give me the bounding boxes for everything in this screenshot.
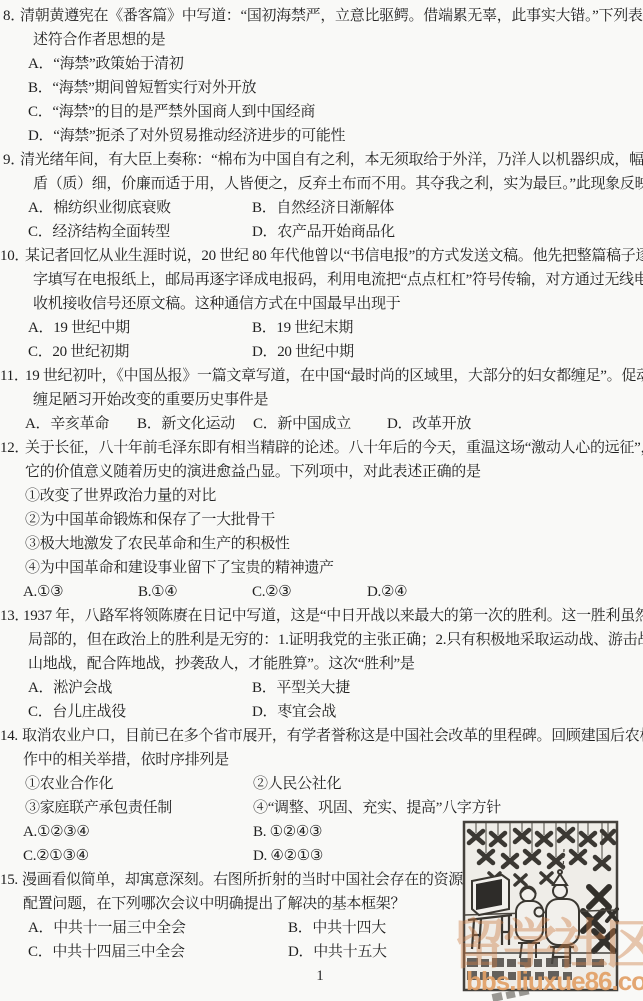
text-line: 它的价值意义随着历史的演进愈益凸显。下列项中，对此表述正确的是 xyxy=(0,461,643,485)
option-B: B. ①②④③ xyxy=(253,821,322,843)
list-item: ④“调整、巩固、充实、提高”八字方针 xyxy=(253,797,501,819)
text-line: ②为中国革命锻炼和保存了一大批骨干 xyxy=(0,509,643,533)
text-line: 局部的，但在政治上的胜利是无穷的：1.证明我党的主张正确；2.只有积极地采取运动… xyxy=(0,629,643,653)
question-number: 15. xyxy=(0,869,18,891)
option-C: C．20 世纪初期 xyxy=(28,341,129,363)
option-A: A．淞沪会战 xyxy=(28,677,112,699)
text-line: ③家庭联产承包责任制④“调整、巩固、充实、提高”八字方针 xyxy=(0,797,643,821)
option-C: C．经济结构全面转型 xyxy=(28,221,170,243)
option-A: A．“海禁”政策始于清初 xyxy=(28,53,184,75)
question-text: 19 世纪初叶，《中国丛报》一篇文章写道，在中国“最时尚的区域里，大部分的妇女都… xyxy=(25,365,643,387)
question-text: 字填写在电报纸上，邮局再逐字译成电报码，利用电流把“点点杠杠”符号传输，对方通过… xyxy=(33,269,643,291)
text-line: 收机接收信号还原文稿。这种通信方式在中国最早出现于 xyxy=(0,293,643,317)
question-text: 清朝黄遵宪在《番客篇》中写道：“国初海禁严，立意比驱鳄。借端累无辜，此事实大错。… xyxy=(20,5,643,27)
text-line: 9．清光绪年间，有大臣上奏称：“棉布为中国自有之利，本无须取给于外洋，乃洋人以机… xyxy=(0,149,643,173)
text-line: C．经济结构全面转型D．农产品开始商品化 xyxy=(0,221,643,245)
question-text: 取消农业户口，目前已在多个省市展开，有学者誉称这是中国社会改革的里程碑。回顾建国… xyxy=(22,725,643,747)
text-line: A．19 世纪中期B．19 世纪末期 xyxy=(0,317,643,341)
question-text: 配置问题，在下列哪次会议中明确提出了解决的基本框架？ xyxy=(23,893,405,915)
list-item: ①改变了世界政治力量的对比 xyxy=(25,485,216,507)
option-B: B．自然经济日渐解体 xyxy=(252,197,394,219)
option-B: B．新文化运动 xyxy=(137,413,235,435)
option-D: D. ④②①③ xyxy=(253,845,323,867)
text-line: 盾（质）细，价廉而适于用，人皆便之，反弃土布而不用。其夺我之利，实为最巨。”此现… xyxy=(0,173,643,197)
text-line: ①农业合作化②人民公社化 xyxy=(0,773,643,797)
option-D: D．“海禁”扼杀了对外贸易推动经济进步的可能性 xyxy=(28,125,345,147)
option-A: A.①②③④ xyxy=(23,821,90,843)
question-text: 1937 年，八路军将领陈赓在日记中写道，这是“中日开战以来最大的第一次的胜利。… xyxy=(23,605,643,627)
list-item: ②人民公社化 xyxy=(253,773,341,795)
option-B: B．平型关大捷 xyxy=(252,677,350,699)
text-line: 字填写在电报纸上，邮局再逐字译成电报码，利用电流把“点点杠杠”符号传输，对方通过… xyxy=(0,269,643,293)
question-text: 某记者回忆从业生涯时说，20 世纪 80 年代他曾以“书信电报”的方式发送文稿。… xyxy=(25,245,643,267)
text-line: ④为中国革命和建设事业留下了宝贵的精神遗产 xyxy=(0,557,643,581)
text-line: D．“海禁”扼杀了对外贸易推动经济进步的可能性 xyxy=(0,125,643,149)
option-B: B.①④ xyxy=(138,581,177,603)
question-text: 作中的相关举措，依时序排列是 xyxy=(23,749,229,771)
text-line: 8．清朝黄遵宪在《番客篇》中写道：“国初海禁严，立意比驱鳄。借端累无辜，此事实大… xyxy=(0,5,643,29)
list-item: ③极大地激发了农民革命和生产的积极性 xyxy=(25,533,290,555)
text-line: C．20 世纪初期D．20 世纪中期 xyxy=(0,341,643,365)
option-D: D．中共十五大 xyxy=(288,941,387,963)
question-text: 山地战，配合阵地战，抄袭敌人，才能胜算”。这次“胜利”是 xyxy=(28,653,415,675)
text-line: A.①③B.①④C.②③D.②④ xyxy=(0,581,643,605)
text-line: 缠足陋习开始改变的重要历史事件是 xyxy=(0,389,643,413)
text-line: A．“海禁”政策始于清初 xyxy=(0,53,643,77)
question-text: 漫画看似简单，却寓意深刻。右图所折射的当时中国社会存在的资源 xyxy=(22,869,463,891)
option-A: A.①③ xyxy=(23,581,63,603)
question-text: 述符合作者思想的是 xyxy=(33,29,165,51)
text-line: A．辛亥革命B．新文化运动C．新中国成立D．改革开放 xyxy=(0,413,643,437)
question-text: 局部的，但在政治上的胜利是无穷的：1.证明我党的主张正确；2.只有积极地采取运动… xyxy=(28,629,643,651)
text-line: 13．1937 年，八路军将领陈赓在日记中写道，这是“中日开战以来最大的第一次的… xyxy=(0,605,643,629)
list-item: ③家庭联产承包责任制 xyxy=(25,797,172,819)
text-line: 述符合作者思想的是 xyxy=(0,29,643,53)
exam-page: 8．清朝黄遵宪在《番客篇》中写道：“国初海禁严，立意比驱鳄。借端累无辜，此事实大… xyxy=(0,0,643,1001)
text-line: 作中的相关举措，依时序排列是 xyxy=(0,749,643,773)
text-line: 12．关于长征，八十年前毛泽东即有相当精辟的论述。八十年后的今天，重温这场“激动… xyxy=(0,437,643,461)
list-item: ①农业合作化 xyxy=(25,773,113,795)
question-text: 清光绪年间，有大臣上奏称：“棉布为中国自有之利，本无须取给于外洋，乃洋人以机器织… xyxy=(20,149,643,171)
option-C: C.②③ xyxy=(252,581,291,603)
text-line: C．台儿庄战役D．枣宜会战 xyxy=(0,701,643,725)
question-number: 14. xyxy=(0,725,18,747)
question-text: 缠足陋习开始改变的重要历史事件是 xyxy=(33,389,268,411)
text-line: A．淞沪会战B．平型关大捷 xyxy=(0,677,643,701)
option-B: B．19 世纪末期 xyxy=(252,317,353,339)
option-B: B．中共十四大 xyxy=(288,917,386,939)
question-text: 关于长征，八十年前毛泽东即有相当精辟的论述。八十年后的今天，重温这场“激动人心的… xyxy=(25,437,643,459)
option-B: B．“海禁”期间曾短暂实行对外开放 xyxy=(28,77,256,99)
option-A: A．中共十一届三中全会 xyxy=(28,917,186,939)
text-line: 11．19 世纪初叶，《中国丛报》一篇文章写道，在中国“最时尚的区域里，大部分的… xyxy=(0,365,643,389)
text-line: 山地战，配合阵地战，抄袭敌人，才能胜算”。这次“胜利”是 xyxy=(0,653,643,677)
option-D: D．20 世纪中期 xyxy=(252,341,354,363)
text-line: C．“海禁”的目的是严禁外国商人到中国经商 xyxy=(0,101,643,125)
text-line: 14.取消农业户口，目前已在多个省市展开，有学者誉称这是中国社会改革的里程碑。回… xyxy=(0,725,643,749)
list-item: ②为中国革命锻炼和保存了一大批骨干 xyxy=(25,509,275,531)
text-line: A．棉纺织业彻底衰败B．自然经济日渐解体 xyxy=(0,197,643,221)
option-A: A．19 世纪中期 xyxy=(28,317,130,339)
text-line: ③极大地激发了农民革命和生产的积极性 xyxy=(0,533,643,557)
option-C: C．台儿庄战役 xyxy=(28,701,126,723)
option-C: C．“海禁”的目的是严禁外国商人到中国经商 xyxy=(28,101,315,123)
question-text: 盾（质）细，价廉而适于用，人皆便之，反弃土布而不用。其夺我之利，实为最巨。”此现… xyxy=(33,173,643,195)
option-C: C．中共十四届三中全会 xyxy=(28,941,185,963)
text-line: B．“海禁”期间曾短暂实行对外开放 xyxy=(0,77,643,101)
question-text: 收机接收信号还原文稿。这种通信方式在中国最早出现于 xyxy=(33,293,401,315)
list-item: ④为中国革命和建设事业留下了宝贵的精神遗产 xyxy=(25,557,334,579)
text-line: ①改变了世界政治力量的对比 xyxy=(0,485,643,509)
option-C: C.②①③④ xyxy=(23,845,89,867)
text-line: 10．某记者回忆从业生涯时说，20 世纪 80 年代他曾以“书信电报”的方式发送… xyxy=(0,245,643,269)
option-A: A．棉纺织业彻底衰败 xyxy=(28,197,171,219)
page-number: 1 xyxy=(300,968,340,985)
option-A: A．辛亥革命 xyxy=(25,413,109,435)
question-text: 它的价值意义随着历史的演进愈益凸显。下列项中，对此表述正确的是 xyxy=(25,461,481,483)
option-D: D．枣宜会战 xyxy=(252,701,336,723)
watermark-url: bbs.liuxue86.com xyxy=(466,966,643,998)
option-D: D．农产品开始商品化 xyxy=(252,221,395,243)
option-C: C．新中国成立 xyxy=(253,413,351,435)
option-D: D.②④ xyxy=(367,581,407,603)
option-D: D．改革开放 xyxy=(387,413,471,435)
